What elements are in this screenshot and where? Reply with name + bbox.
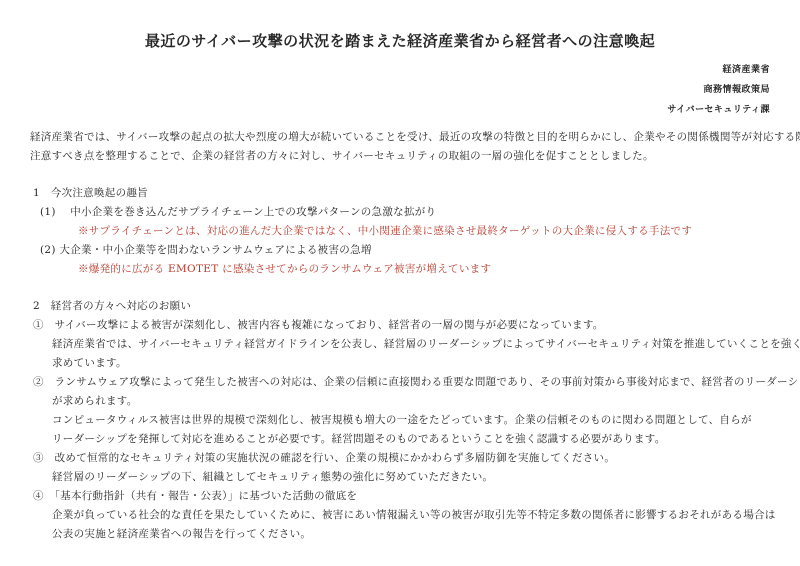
document-line: 2 経営者の方々へ対応のお願い [30, 297, 770, 316]
document-line: 経済産業省では、サイバーセキュリティ経営ガイドラインを公表し、経営層のリーダーシ… [30, 335, 770, 354]
document-line: 経済産業省では、サイバー攻撃の起点の拡大や烈度の増大が続いていることを受け、最近… [30, 128, 770, 147]
document-note-line: ※爆発的に広がる EMOTET に感染させてからのランサムウェア被害が増えていま… [30, 260, 770, 279]
page-title: 最近のサイバー攻撃の状況を踏まえた経済産業省から経営者への注意喚起 [30, 32, 770, 50]
document-line: ③ 改めて恒常的なセキュリティ対策の実施状況の確認を行い、企業の規模にかかわらず… [30, 449, 770, 468]
document-line: リーダーシップを発揮して対応を進めることが必要です。経営問題そのものであるという… [30, 430, 770, 449]
document-line: (2) 大企業・中小企業等を問わないランサムウェアによる被害の急増 [30, 241, 770, 260]
org-line-bureau: 商務情報政策局 [30, 80, 770, 100]
document-line: 1 今次注意喚起の趣旨 [30, 184, 770, 203]
document-note-line: ※サプライチェーンとは、対応の進んだ大企業ではなく、中小関連企業に感染させ最終タ… [30, 222, 770, 241]
document-line: ④ 「基本行動指針（共有・報告・公表）」に基づいた活動の徹底を [30, 487, 770, 506]
org-line-division: サイバーセキュリティ課 [30, 100, 770, 120]
document-line: 企業が負っている社会的な責任を果たしていくために、被害にあい情報漏えい等の被害が… [30, 506, 770, 525]
document-page: 最近のサイバー攻撃の状況を踏まえた経済産業省から経営者への注意喚起 経済産業省 … [0, 0, 800, 566]
document-line: が求められます。 [30, 392, 770, 411]
document-line: 公表の実施と経済産業省への報告を行ってください。 [30, 525, 770, 544]
document-line: コンピュータウィルス被害は世界的規模で深刻化し、被害規模も増大の一途をたどってい… [30, 411, 770, 430]
document-line: (1) 中小企業を巻き込んだサプライチェーン上での攻撃パターンの急激な拡がり [30, 203, 770, 222]
org-block: 経済産業省 商務情報政策局 サイバーセキュリティ課 [30, 60, 770, 120]
document-line: ① サイバー攻撃による被害が深刻化し、被害内容も複雑になっており、経営者の一層の… [30, 316, 770, 335]
document-line: ② ランサムウェア攻撃によって発生した被害への対応は、企業の信頼に直接関わる重要… [30, 373, 770, 392]
document-line: 注意すべき点を整理することで、企業の経営者の方々に対し、サイバーセキュリティの取… [30, 147, 770, 166]
document-body: 経済産業省では、サイバー攻撃の起点の拡大や烈度の増大が続いていることを受け、最近… [30, 128, 770, 544]
org-line-ministry: 経済産業省 [30, 60, 770, 80]
document-line: 求めています。 [30, 354, 770, 373]
document-line: 経営層のリーダーシップの下、組織としてセキュリティ態勢の強化に努めていただきたい… [30, 468, 770, 487]
